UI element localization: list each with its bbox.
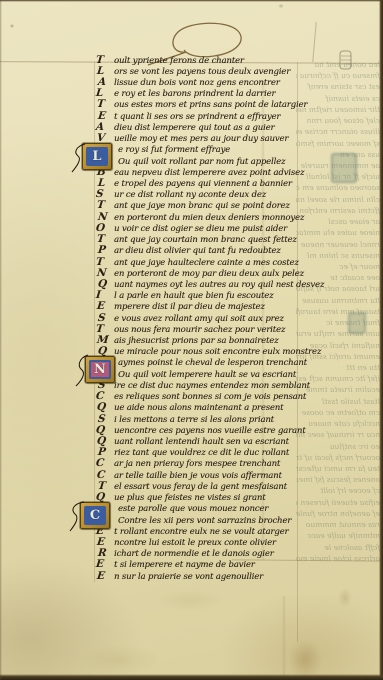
verse-line-capital: S <box>97 413 106 425</box>
verse-line-text: ais jhesucrist prions par sa bonnairetez <box>114 336 278 346</box>
page-edge-right <box>379 0 383 680</box>
illuminated-initial-L: L <box>82 143 112 170</box>
verse-line: Que miracle pour nous soit encontre eulx… <box>0 347 383 358</box>
verse-line-capital: P <box>97 244 106 256</box>
verse-line: Le roy et les barons prindrent la darrie… <box>0 89 383 100</box>
verse-line: Tant que jaye mon branc qui se point dor… <box>0 201 383 212</box>
verse-line-text: ur ce dist rollant ny aconte deux dez <box>114 190 266 200</box>
verse-line: Vueille moy et mes pers au jour duy sauv… <box>0 134 383 145</box>
verse-line-capital: T <box>95 54 104 66</box>
verse-line-capital: Q <box>96 401 106 413</box>
verse-line-capital: E <box>97 110 106 122</box>
verse-line: Le tropel des payens qui viennent a bann… <box>0 179 383 190</box>
verse-line-text: Ou quil voit lemperere hault se va escri… <box>118 370 296 380</box>
verse-line-text: el essart vous feray de la gent mesfaisa… <box>114 482 287 492</box>
verse-line-text: ant que jaye mon branc qui se point dore… <box>114 201 290 211</box>
verse-line: Car telle taille bien je vous vois affer… <box>0 471 383 482</box>
verse-line-text: ors se vont les payens tous deulx avengi… <box>114 67 290 77</box>
verse-line-capital: T <box>96 199 105 211</box>
verse-line: aymes poinst le cheval de lesperon trenc… <box>0 358 383 369</box>
verse-line: Contre les xii pers vont sarrazins broch… <box>0 516 383 527</box>
verse-line: Nen porteront du mien deux deniers monno… <box>0 213 383 224</box>
initial-pen-flourish <box>74 353 90 387</box>
verse-line-text: riez tant que vouldrez ce dit le duc rol… <box>114 448 289 458</box>
verse-line-text: lissue dun bois vont noz gens encontrer <box>114 78 280 88</box>
verse-line-text: t si lemperere et nayme de bavier <box>114 560 255 570</box>
verse-line-text: ar telle taille bien je vous vois afferm… <box>114 471 282 481</box>
verse-line-capital: E <box>95 558 104 570</box>
verse-line-capital: T <box>95 256 104 268</box>
verse-line: Toult ypriente ferons de chanter <box>0 56 383 67</box>
verse-line-text: ue aide nous alons maintenant a present <box>114 403 283 413</box>
verse-line: Quencontre ces payens nos vueille estre … <box>0 426 383 437</box>
verse-line-text: ous nous fera mourir sachez pour veritez <box>114 325 285 335</box>
verse-line-text: Contre les xii pers vont sarrazins broch… <box>118 516 291 526</box>
verse-line: Sur ce dist rollant ny aconte deux dez <box>0 190 383 201</box>
verse-line-text: ue miracle pour nous soit encontre eulx … <box>114 347 321 357</box>
verse-line: Ou quil voit lemperere hault se va escri… <box>0 370 383 381</box>
verse-line-capital: C <box>96 469 106 481</box>
verse-line: En sur la praierie se vont agenoullier <box>0 572 383 583</box>
verse-line-text: t quant li ses ors se prindrent a effray… <box>114 112 280 122</box>
verse-line: Quant naymes oyt les autres au roy quil … <box>0 280 383 291</box>
verse-line-text: e tropel des payens qui viennent a banni… <box>114 179 292 189</box>
verse-line-text: ous estes mors et prins sans point de la… <box>114 100 307 110</box>
verse-line: Car ja nen prieray fors mespee trenchant <box>0 459 383 470</box>
verse-line: Adieu dist lemperere qui tout as a guier <box>0 123 383 134</box>
verse-line: Tel essart vous feray de la gent mesfais… <box>0 482 383 493</box>
initial-letter: N <box>94 362 106 377</box>
verse-line-text: es reliques sont bonnes si com je vois p… <box>114 392 306 402</box>
verse-line: Ou quil voit rollant par nom fut appelle… <box>0 157 383 168</box>
verse-line-text: ar ja nen prieray fors mespee trenchant <box>114 459 280 469</box>
verse-line-text: l a parle en hault que bien fu escoutez <box>114 291 273 301</box>
verse-line-capital: Q <box>97 345 107 357</box>
verse-line-text: e vous avez rollant amy qui soit aux pre… <box>114 314 284 324</box>
verse-line-text: ueille moy et mes pers au jour duy sauve… <box>114 134 288 144</box>
verse-line: Ou voir ce dist ogier se dieu me puist a… <box>0 224 383 235</box>
verse-line-capital: V <box>96 132 105 144</box>
verse-line-text: eau nepveu dist lemperere avez point adv… <box>114 168 304 178</box>
verse-line-capital: T <box>96 98 105 110</box>
verse-line: Nen porteront de moy par dieu deux aulx … <box>0 269 383 280</box>
illuminated-initial-N: N <box>85 356 115 383</box>
verse-line-capital: N <box>97 211 108 223</box>
verse-line: Par dieu dist olivier qui tant fu redoub… <box>0 246 383 257</box>
initial-letter-panel: C <box>84 506 106 525</box>
verse-line: Se vous avez rollant amy qui soit aux pr… <box>0 314 383 325</box>
verse-line: Que plus que feistes ne vistes si grant <box>0 493 383 504</box>
verse-line: Ces reliques sont bonnes si com je vois … <box>0 392 383 403</box>
initial-letter-panel: N <box>89 360 111 379</box>
verse-line-text: ant que jaye haulteclere cainte a mes co… <box>114 258 299 268</box>
verse-line-text: ant que jay courtain mon branc quest fet… <box>114 235 297 245</box>
verse-line-capital: N <box>96 267 107 279</box>
page-edge-top <box>0 0 383 2</box>
verse-line: Que aide nous alons maintenant a present <box>0 403 383 414</box>
initial-letter: C <box>90 508 100 523</box>
verse-line-capital: L <box>96 65 105 77</box>
page-edge-left <box>0 0 2 680</box>
initial-pen-flourish <box>71 140 87 174</box>
initial-letter-panel: L <box>86 147 108 166</box>
verse-line-text: uant naymes oyt les autres au roy quil n… <box>114 280 324 290</box>
verse-line: Mais jhesucrist prions par sa bonnairete… <box>0 336 383 347</box>
verse-line-capital: E <box>96 570 105 582</box>
verse-line: Et quant li ses ors se prindrent a effra… <box>0 112 383 123</box>
verse-line-capital: O <box>95 222 105 234</box>
verse-line-capital: C <box>95 457 105 469</box>
verse-line: e roy si fut forment effraye <box>0 145 383 156</box>
verse-line-text: ire ce dist duc naymes entendez mon semb… <box>114 381 310 391</box>
verse-line: Tant que jay courtain mon branc quest fe… <box>0 235 383 246</box>
verse-line-text: uant rollant lentendi hault sen va escri… <box>114 437 289 447</box>
verse-line-text: en porteront de moy par dieu deux aulx p… <box>114 269 304 279</box>
verse-line-text: u voir ce dist ogier se dieu me puist ai… <box>114 224 287 234</box>
verse-line-capital: S <box>97 312 106 324</box>
page-edge-bottom <box>0 674 383 680</box>
verse-line: Si les mettons a terre si les alons pria… <box>0 415 383 426</box>
verse-line-text: este parolle que vous mouez noncer <box>118 504 268 514</box>
verse-line-text: n sur la praierie se vont agenoullier <box>114 572 263 582</box>
verse-line: Emperere dist il par dieu de majestez <box>0 302 383 313</box>
initial-letter: L <box>92 149 101 164</box>
verse-line-capital: Q <box>95 424 105 436</box>
verse-line-text: Ou quil voit rollant par nom fut appelle… <box>118 157 285 167</box>
verse-line: Et rollant encontre eulx ne se voult ata… <box>0 527 383 538</box>
verse-line-text: ncontre lui estoit le preux conte olivie… <box>114 538 276 548</box>
verse-line-capital: E <box>96 300 105 312</box>
verse-line-text: mperere dist il par dieu de majestez <box>114 302 265 312</box>
verse-line: Tous nous fera mourir sachez pour verite… <box>0 325 383 336</box>
verse-line-capital: Q <box>95 491 105 503</box>
verse-line: Sire ce dist duc naymes entendez mon sem… <box>0 381 383 392</box>
verse-line: Tous estes mors et prins sans point de l… <box>0 100 383 111</box>
verse-line: Richart de normendie et le danois ogier <box>0 549 383 560</box>
manuscript-page: lea ooneu emt na fmseuo cu ff ccfmrua rc… <box>0 0 383 680</box>
verse-line-text: e roy si fut forment effraye <box>118 145 230 155</box>
verse-line: Encontre lui estoit le preux conte olivi… <box>0 538 383 549</box>
verse-line: Alissue dun bois vont noz gens encontrer <box>0 78 383 89</box>
verse-text-block: Toult ypriente ferons de chanterLors se … <box>0 0 383 680</box>
verse-line-capital: T <box>95 323 104 335</box>
verse-line-text: ichart de normendie et le danois ogier <box>114 549 274 559</box>
verse-line-text: ar dieu dist olivier qui tant fu redoubt… <box>114 246 281 256</box>
verse-line-text: uencontre ces payens nos vueille estre g… <box>114 426 306 436</box>
verse-line-text: aymes poinst le cheval de lesperon trenc… <box>118 358 307 368</box>
verse-line-capital: A <box>95 121 104 133</box>
verse-line: Quant rollant lentendi hault sen va escr… <box>0 437 383 448</box>
verse-line: Beau nepveu dist lemperere avez point ad… <box>0 168 383 179</box>
verse-line: Il a parle en hault que bien fu escoutez <box>0 291 383 302</box>
verse-line-text: e roy et les barons prindrent la darrier <box>114 89 275 99</box>
verse-line: Et si lemperere et nayme de bavier <box>0 560 383 571</box>
verse-line-text: dieu dist lemperere qui tout as a guier <box>114 123 274 133</box>
verse-line-text: en porteront du mien deux deniers monnoy… <box>114 213 304 223</box>
verse-line-text: ue plus que feistes ne vistes si grant <box>114 493 265 503</box>
verse-line: este parolle que vous mouez noncer <box>0 504 383 515</box>
initial-pen-flourish <box>69 499 85 533</box>
verse-line: Lors se vont les payens tous deulx aveng… <box>0 67 383 78</box>
verse-line-text: oult ypriente ferons de chanter <box>114 56 244 66</box>
illuminated-initial-C: C <box>80 502 110 529</box>
verse-line-text: t rollant encontre eulx ne se voult atar… <box>114 527 288 537</box>
verse-line-text: i les mettons a terre si les alons prian… <box>114 415 274 425</box>
verse-line: Priez tant que vouldrez ce dit le duc ro… <box>0 448 383 459</box>
verse-line: Tant que jaye haulteclere cainte a mes c… <box>0 258 383 269</box>
